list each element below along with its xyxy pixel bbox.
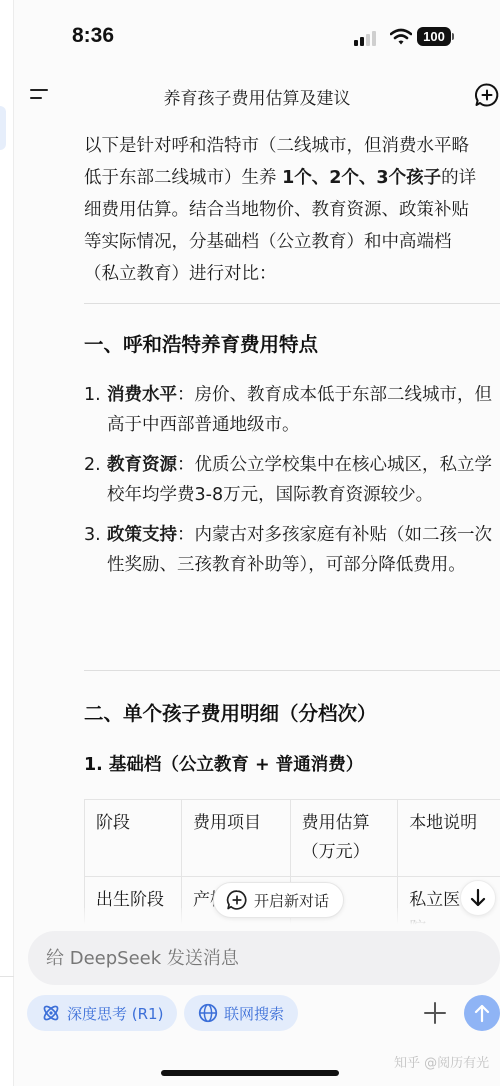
list-number: 1. — [84, 380, 101, 410]
new-chat-button[interactable]: 开启新对话 — [213, 882, 344, 918]
chat-header: 养育孩子费用估算及建议 — [14, 72, 500, 118]
new-chat-icon[interactable] — [474, 82, 500, 108]
list-item-label: 教育资源 — [107, 455, 177, 475]
attach-button[interactable] — [422, 1000, 448, 1026]
status-bar: 8:36 100 — [14, 0, 500, 70]
web-search-toggle[interactable]: 联网搜索 — [184, 995, 298, 1031]
deep-think-toggle[interactable]: 深度思考 (R1) — [27, 995, 177, 1031]
characteristics-list: 1. 消费水平：房价、教育成本低于东部二线城市，但高于中西部普通地级市。 2. … — [84, 380, 494, 590]
message-input[interactable] — [46, 931, 476, 985]
new-chat-bubble-icon — [226, 889, 248, 911]
chat-screen: 8:36 100 养育孩子费用估算及建议 — [14, 0, 500, 1086]
table-header-cell: 阶段 — [85, 800, 182, 877]
section-2-heading: 二、单个孩子费用明细（分档次） — [84, 698, 377, 726]
message-composer — [28, 931, 500, 985]
list-item-label: 政策支持 — [107, 525, 177, 545]
web-search-label: 联网搜索 — [224, 1003, 284, 1024]
arrow-down-icon — [469, 888, 487, 908]
scroll-to-bottom-button[interactable] — [460, 880, 496, 916]
table-header-cell: 费用项目 — [182, 800, 291, 877]
table-header-row: 阶段 费用项目 费用估算（万元） 本地说明 — [85, 800, 500, 877]
list-item: 3. 政策支持：内蒙古对多孩家庭有补贴（如二孩一次性奖励、三孩教育补助等），可部… — [84, 520, 494, 580]
status-time: 8:36 — [72, 24, 114, 48]
list-number: 3. — [84, 520, 101, 550]
watermark: 知乎 @阅历有光 — [394, 1052, 489, 1071]
intro-bold-children: 1个、2个、3个孩子 — [282, 168, 441, 188]
sidebar-peek — [0, 0, 14, 1086]
battery-tip — [452, 33, 454, 40]
wifi-icon — [390, 28, 412, 46]
sidebar-peek-divider — [0, 976, 14, 977]
section-1-heading: 一、呼和浩特养育费用特点 — [84, 329, 318, 357]
send-button[interactable] — [464, 995, 500, 1031]
plus-icon — [422, 1000, 448, 1026]
list-number: 2. — [84, 450, 101, 480]
new-chat-label: 开启新对话 — [254, 890, 329, 911]
assistant-message: 以下是针对呼和浩特市（二线城市，但消费水平略低于东部二线城市）生养 1个、2个、… — [84, 130, 500, 290]
list-item: 1. 消费水平：房价、教育成本低于东部二线城市，但高于中西部普通地级市。 — [84, 380, 494, 440]
globe-icon — [198, 1003, 218, 1023]
sidebar-peek-tab — [0, 106, 6, 150]
battery-icon: 100 — [417, 27, 451, 46]
deep-think-label: 深度思考 (R1) — [67, 1003, 163, 1024]
table-header-cell: 本地说明 — [398, 800, 500, 877]
arrow-up-icon — [473, 1003, 491, 1023]
signal-icon — [354, 30, 382, 46]
section-2-subheading: 1. 基础档（公立教育 + 普通消费） — [84, 751, 363, 776]
divider-2 — [84, 670, 500, 671]
intro-paragraph: 以下是针对呼和浩特市（二线城市，但消费水平略低于东部二线城市）生养 1个、2个、… — [84, 130, 484, 290]
list-item-label: 消费水平 — [107, 385, 177, 405]
list-item: 2. 教育资源：优质公立学校集中在核心城区，私立学校年均学费3-8万元，国际教育… — [84, 450, 494, 510]
table-header-cell: 费用估算（万元） — [290, 800, 398, 877]
home-indicator — [161, 1070, 339, 1076]
chat-title: 养育孩子费用估算及建议 — [14, 84, 500, 109]
atom-icon — [41, 1003, 61, 1023]
divider-1 — [84, 303, 500, 304]
